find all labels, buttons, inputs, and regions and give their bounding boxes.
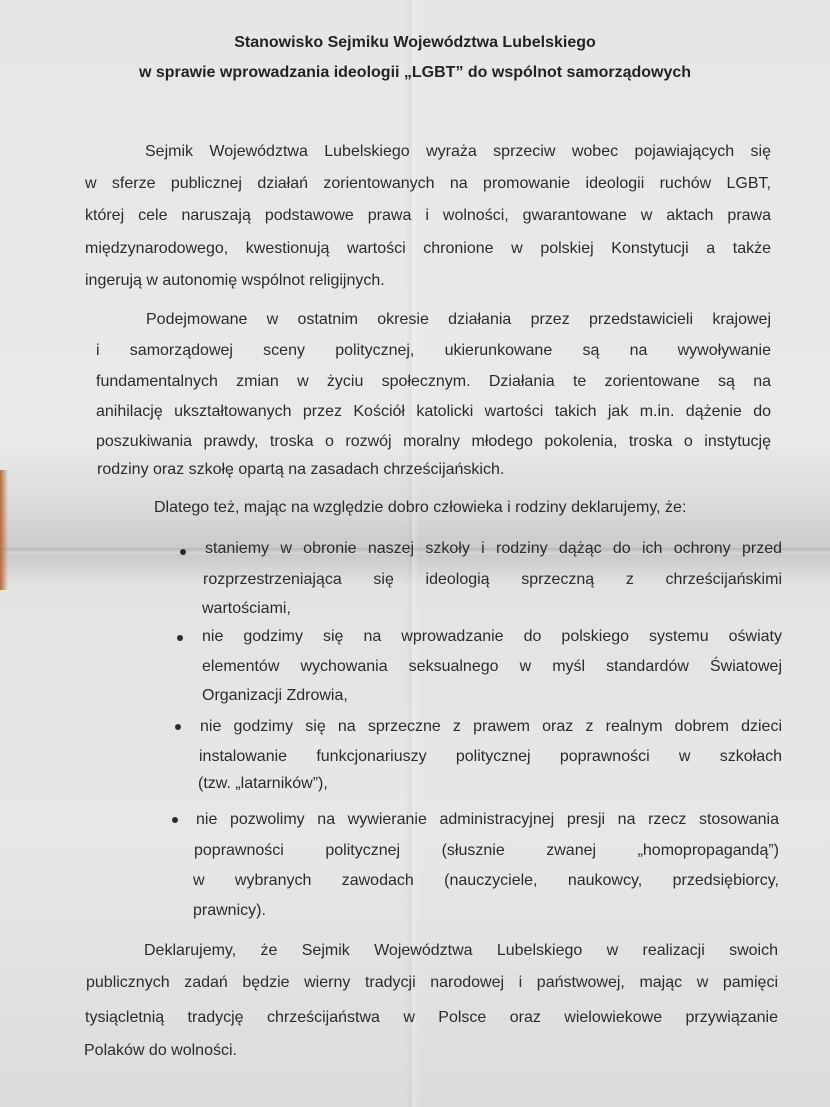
bullet-1-line: staniemy w obronie naszej szkoły i rodzi… <box>205 540 782 558</box>
bullet-2-line: Organizacji Zdrowia, <box>202 687 348 705</box>
bullet-4-line: w wybranych zawodach (nauczyciele, nauko… <box>193 872 779 890</box>
bullet-icon <box>177 635 183 641</box>
bullet-1-line: wartościami, <box>202 600 291 618</box>
bullet-2-line: nie godzimy się na wprowadzanie do polsk… <box>202 628 782 646</box>
paragraph-1-line: ingerują w autonomię wspólnot religijnyc… <box>85 272 385 290</box>
final-paragraph-line: publicznych zadań będzie wierny tradycji… <box>86 974 778 992</box>
paragraph-2-line: Podejmowane w ostatnim okresie działania… <box>146 311 771 329</box>
paragraph-2-line: rodziny oraz szkołę opartą na zasadach c… <box>97 461 504 479</box>
bullet-3-line: instalowanie funkcjonariuszy politycznej… <box>199 748 782 766</box>
table-edge <box>0 470 8 590</box>
paragraph-1-line: Sejmik Województwa Lubelskiego wyraża sp… <box>145 143 771 161</box>
paragraph-2-line: poszukiwania prawdy, troska o rozwój mor… <box>96 433 771 451</box>
bullet-3-line: (tzw. „latarników”), <box>198 775 328 793</box>
bullet-3-line: nie godzimy się na sprzeczne z prawem or… <box>200 718 782 736</box>
paragraph-1-line: której cele naruszają podstawowe prawa i… <box>85 207 771 225</box>
document-title: Stanowisko Sejmiku Województwa Lubelskie… <box>0 34 830 52</box>
bullet-icon <box>180 549 186 555</box>
bullet-4-line: poprawności politycznej (słusznie zwanej… <box>194 842 779 860</box>
document-subtitle: w sprawie wprowadzania ideologii „LGBT” … <box>0 64 830 82</box>
bullet-2-line: elementów wychowania seksualnego w myśl … <box>202 658 782 676</box>
paragraph-2-line: fundamentalnych zmian w życiu społecznym… <box>96 373 771 391</box>
bullet-4-line: prawnicy). <box>193 902 266 920</box>
paragraph-2-line: anihilację ukształtowanych przez Kościół… <box>96 403 771 421</box>
final-paragraph-line: Deklarujemy, że Sejmik Województwa Lubel… <box>144 942 778 960</box>
declaration-intro: Dlatego też, mając na względzie dobro cz… <box>154 499 686 517</box>
paragraph-1-line: międzynarodowego, kwestionują wartości c… <box>85 240 771 258</box>
bullet-1-line: rozprzestrzeniająca się ideologią sprzec… <box>203 571 782 589</box>
final-paragraph-line: Polaków do wolności. <box>84 1042 237 1060</box>
paragraph-2-line: i samorządowej sceny politycznej, ukieru… <box>96 342 771 360</box>
final-paragraph-line: tysiącletnią tradycję chrześcijaństwa w … <box>85 1009 778 1027</box>
bullet-4-line: nie pozwolimy na wywieranie administracy… <box>196 811 779 829</box>
paragraph-1-line: w sferze publicznej działań zorientowany… <box>85 175 771 193</box>
bullet-icon <box>175 724 181 730</box>
bullet-icon <box>172 817 178 823</box>
